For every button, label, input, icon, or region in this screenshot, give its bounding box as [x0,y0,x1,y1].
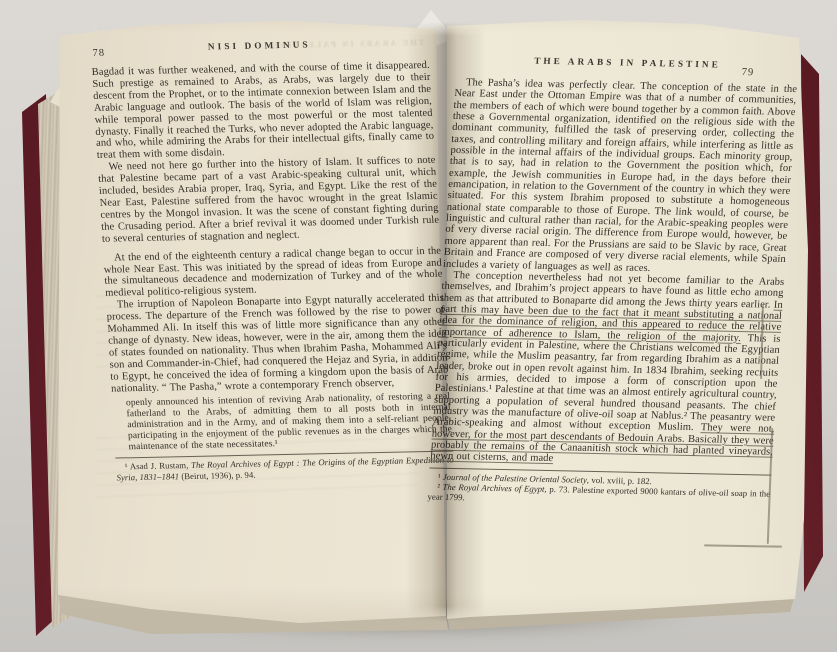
paragraph: The Pasha’s idea was perfectly clear. Th… [443,77,798,277]
body-text: Bagdad it was further weakened, and with… [91,60,453,453]
paragraph: The irruption of Napoleon Bonaparte into… [106,293,450,395]
text-segment: Bagdad it was further weakened, and with… [91,60,434,161]
gutter-shadow [406,22,486,622]
text-segment: At the end of the eighteenth century a r… [103,245,442,299]
text-segment: The Pasha’s idea was perfectly clear. Th… [443,77,798,273]
paragraph: Bagdad it was further weakened, and with… [91,60,435,162]
page-number: 78 [92,48,105,59]
photo-background: 78 NISI DOMINUS THE ARABS IN PALESTINE B… [0,0,837,652]
text-segment: openly announced his intention of revivi… [126,392,453,452]
bleedthrough-ghost-text: THE ARABS IN PALESTINE [270,38,425,50]
left-page-text: 78 NISI DOMINUS THE ARABS IN PALESTINE B… [90,37,455,483]
paragraph: We need not here go further into the his… [97,155,440,245]
text-segment: The irruption of Napoleon Bonaparte into… [106,293,448,394]
text-segment: We need not here go further into the his… [98,155,440,244]
block-quotation: openly announced his intention of revivi… [126,392,453,453]
page-number: 79 [741,67,754,78]
text-segment: (Beirut, 1936), p. 94. [179,469,256,481]
paragraph: At the end of the eighteenth century a r… [103,245,444,300]
